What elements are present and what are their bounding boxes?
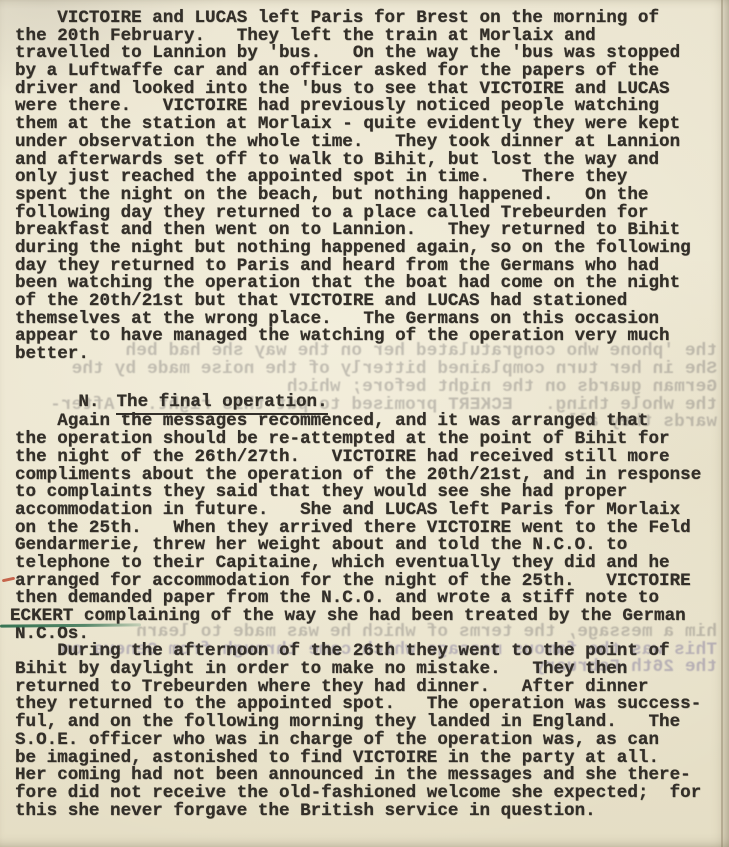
text-line: this she never forgave the British servi… <box>15 803 729 821</box>
section-letter: N. <box>78 392 99 412</box>
text-line: ECKERT complaining of the way she had be… <box>15 608 729 626</box>
text-line: accommodation in future. She and LUCAS l… <box>15 502 729 520</box>
paragraph-1: VICTOIRE and LUCAS left Paris for Brest … <box>15 10 729 364</box>
text-line: telephone to their Capitaine, which even… <box>15 555 729 573</box>
section-heading: N.The final operation. <box>15 377 729 395</box>
paragraph-2: Again the messages recommenced, and it w… <box>15 413 729 643</box>
text-line: under observation the whole time. They t… <box>15 134 729 152</box>
text-line: fore did not receive the old-fashioned w… <box>15 785 729 803</box>
document-page: the 'phone who congratulated her on the … <box>0 0 729 847</box>
text-line: S.O.E. officer who was in charge of the … <box>15 732 729 750</box>
text-line: the night of the 26th/27th. VICTOIRE had… <box>15 449 729 467</box>
paragraph-3: During the afternoon of the 26th they we… <box>15 643 729 820</box>
text-line: spent the night on the beach, but nothin… <box>15 187 729 205</box>
text-line: appear to have managed the watching of t… <box>15 328 729 346</box>
page-edge-shadow <box>721 0 723 847</box>
eckert-highlighted-word: ECKERT <box>10 606 73 626</box>
typewritten-text: VICTOIRE and LUCAS left Paris for Brest … <box>0 0 729 847</box>
text-line: during the night but nothing happened ag… <box>15 240 729 258</box>
text-segment: complaining of the way she had been trea… <box>73 606 685 626</box>
text-line: better. <box>15 346 729 364</box>
